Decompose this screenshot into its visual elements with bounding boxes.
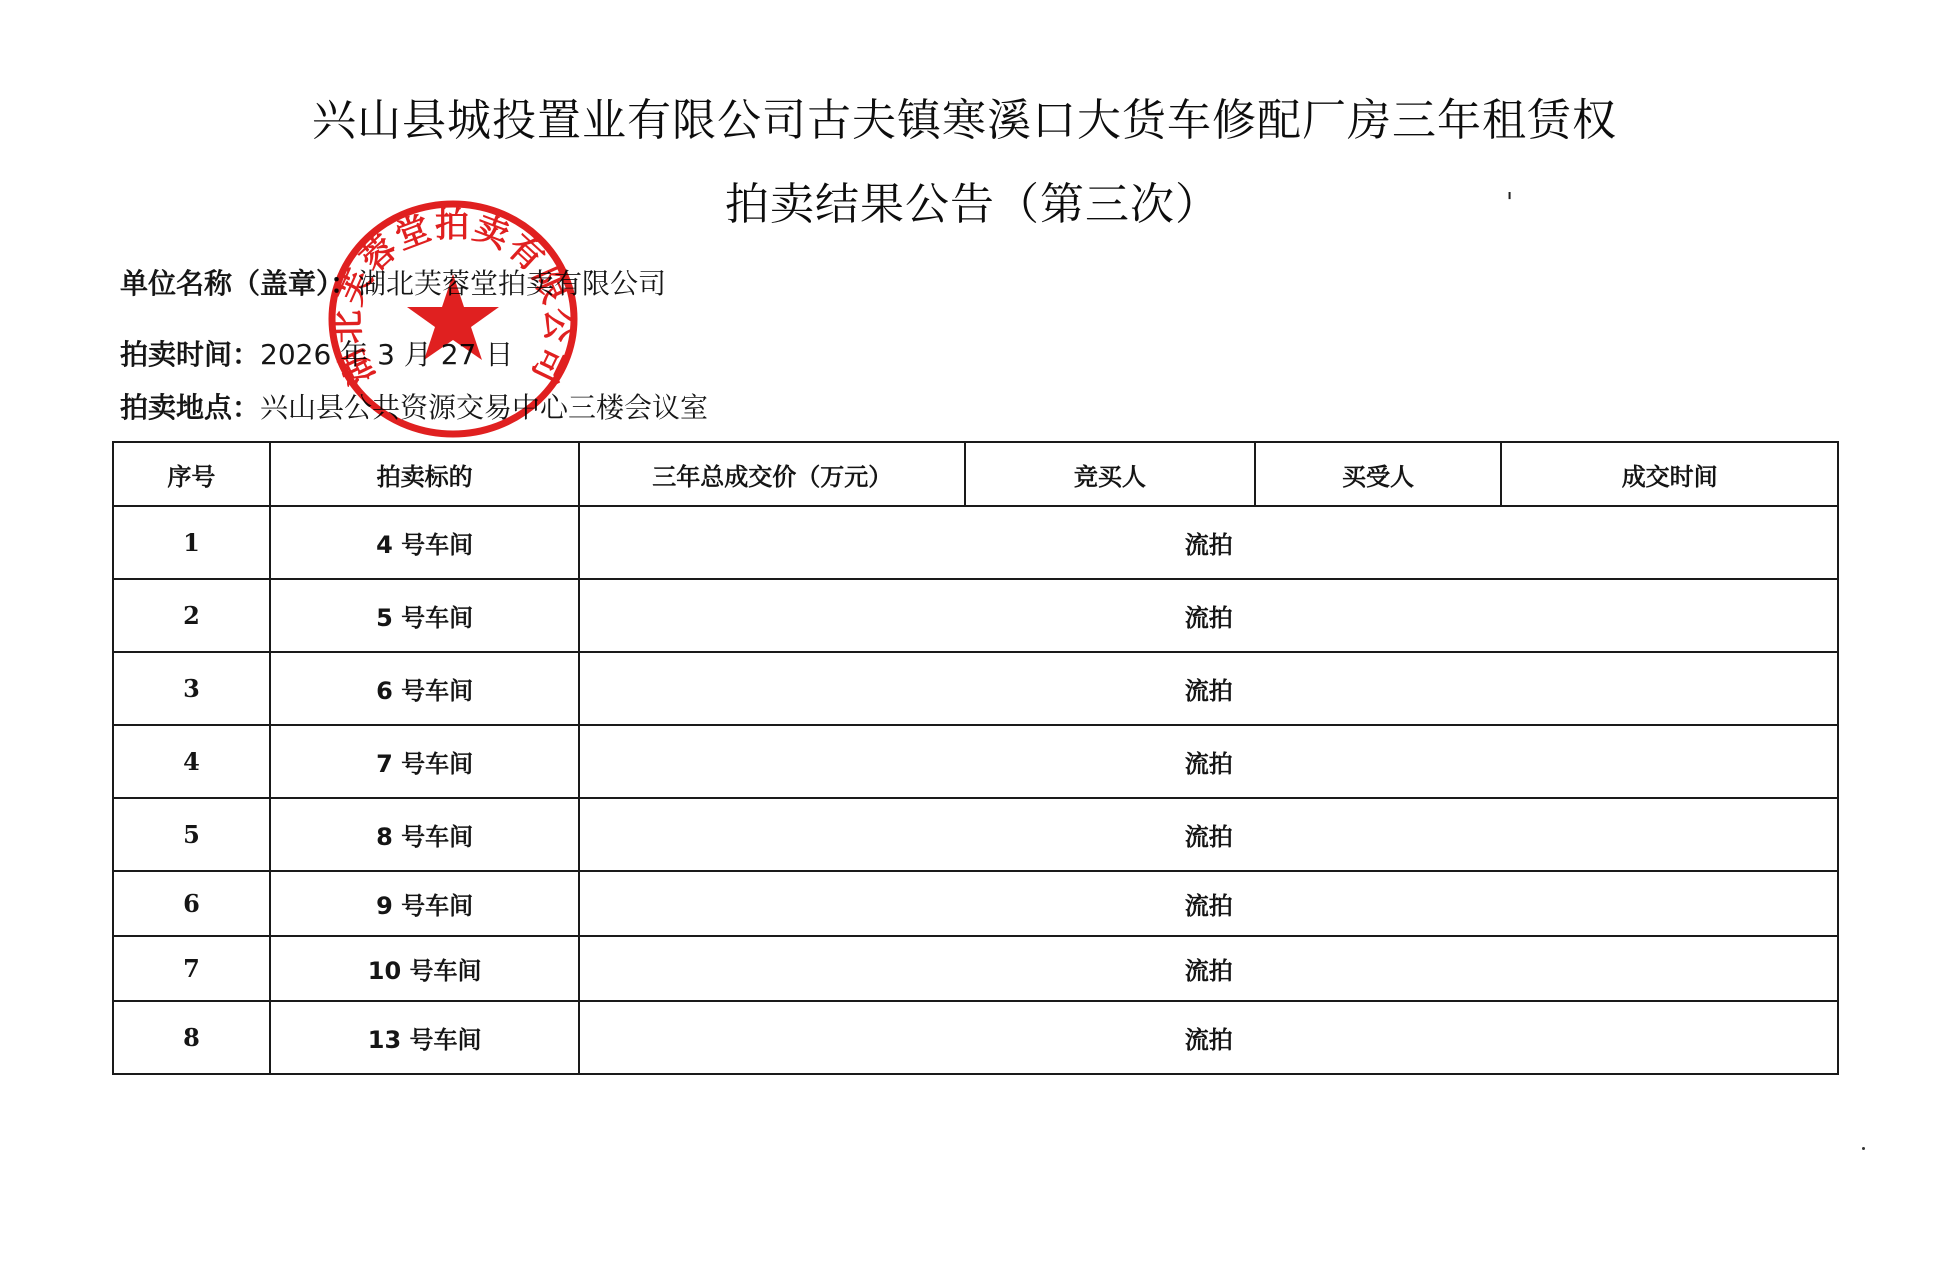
header-deal-time: 成交时间 xyxy=(1501,442,1838,506)
header-bidder: 竞买人 xyxy=(965,442,1255,506)
cell-auction-lot: 10 号车间 xyxy=(270,936,580,1001)
cell-serial-no: 5 xyxy=(113,798,270,871)
title-line2-text: 拍卖结果公告（第三次） xyxy=(725,179,1220,230)
table-row: 4 7 号车间 流拍 xyxy=(113,725,1838,798)
info-unit-name: 单位名称（盖章）：湖北芙蓉堂拍卖有限公司 xyxy=(120,262,666,302)
cell-serial-no: 8 xyxy=(113,1001,270,1074)
auction-time-label: 拍卖时间： xyxy=(120,338,260,371)
auction-time-value: 2026 年 3 月 27 日 xyxy=(260,338,513,371)
header-auction-lot: 拍卖标的 xyxy=(270,442,580,506)
cell-result-status: 流拍 xyxy=(579,1001,1838,1074)
cell-result-status: 流拍 xyxy=(579,798,1838,871)
cell-serial-no: 2 xyxy=(113,579,270,652)
table-row: 8 13 号车间 流拍 xyxy=(113,1001,1838,1074)
table-row: 5 8 号车间 流拍 xyxy=(113,798,1838,871)
cell-serial-no: 1 xyxy=(113,506,270,579)
cell-result-status: 流拍 xyxy=(579,871,1838,936)
cell-auction-lot: 9 号车间 xyxy=(270,871,580,936)
cell-auction-lot: 5 号车间 xyxy=(270,579,580,652)
cell-serial-no: 4 xyxy=(113,725,270,798)
cell-result-status: 流拍 xyxy=(579,579,1838,652)
cell-result-status: 流拍 xyxy=(579,725,1838,798)
auction-place-value: 兴山县公共资源交易中心三楼会议室 xyxy=(260,391,708,424)
cell-auction-lot: 8 号车间 xyxy=(270,798,580,871)
table-row: 2 5 号车间 流拍 xyxy=(113,579,1838,652)
cell-serial-no: 3 xyxy=(113,652,270,725)
auction-result-table: 序号 拍卖标的 三年总成交价（万元） 竞买人 买受人 成交时间 1 4 号车间 … xyxy=(112,441,1839,1075)
cell-auction-lot: 6 号车间 xyxy=(270,652,580,725)
cell-auction-lot: 4 号车间 xyxy=(270,506,580,579)
table-row: 7 10 号车间 流拍 xyxy=(113,936,1838,1001)
cell-result-status: 流拍 xyxy=(579,652,1838,725)
announcement-title-line2: 拍卖结果公告（第三次） xyxy=(0,168,1945,232)
scan-speck-dot xyxy=(1862,1147,1865,1150)
auction-place-label: 拍卖地点： xyxy=(120,391,260,424)
table-row: 6 9 号车间 流拍 xyxy=(113,871,1838,936)
table-row: 3 6 号车间 流拍 xyxy=(113,652,1838,725)
scan-speck-mark: ' xyxy=(1506,188,1513,218)
header-serial-no: 序号 xyxy=(113,442,270,506)
cell-serial-no: 6 xyxy=(113,871,270,936)
table-row: 1 4 号车间 流拍 xyxy=(113,506,1838,579)
unit-name-label: 单位名称（盖章）： xyxy=(120,267,358,300)
info-auction-place: 拍卖地点：兴山县公共资源交易中心三楼会议室 xyxy=(120,386,708,426)
cell-result-status: 流拍 xyxy=(579,936,1838,1001)
cell-auction-lot: 7 号车间 xyxy=(270,725,580,798)
cell-result-status: 流拍 xyxy=(579,506,1838,579)
info-auction-time: 拍卖时间：2026 年 3 月 27 日 xyxy=(120,333,513,373)
cell-serial-no: 7 xyxy=(113,936,270,1001)
cell-auction-lot: 13 号车间 xyxy=(270,1001,580,1074)
unit-name-value: 湖北芙蓉堂拍卖有限公司 xyxy=(358,267,666,300)
announcement-title-line1: 兴山县城投置业有限公司古夫镇寒溪口大货车修配厂房三年租赁权 xyxy=(0,84,1937,148)
header-buyer: 买受人 xyxy=(1255,442,1502,506)
table-header-row: 序号 拍卖标的 三年总成交价（万元） 竞买人 买受人 成交时间 xyxy=(113,442,1838,506)
header-total-price: 三年总成交价（万元） xyxy=(579,442,965,506)
